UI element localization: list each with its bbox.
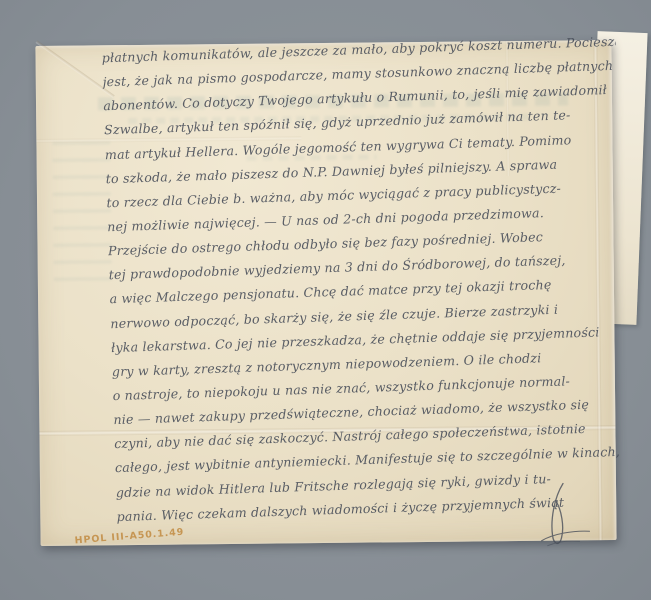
letter-body: płatnych komunikatów, ale jeszcze za mał… xyxy=(101,30,631,538)
ghost-margin-text-bleedthrough xyxy=(52,141,111,284)
signature-flourish xyxy=(523,481,598,554)
scan-background: płatnych komunikatów, ale jeszcze za mał… xyxy=(0,0,651,600)
letter-page: płatnych komunikatów, ale jeszcze za mał… xyxy=(35,40,616,546)
